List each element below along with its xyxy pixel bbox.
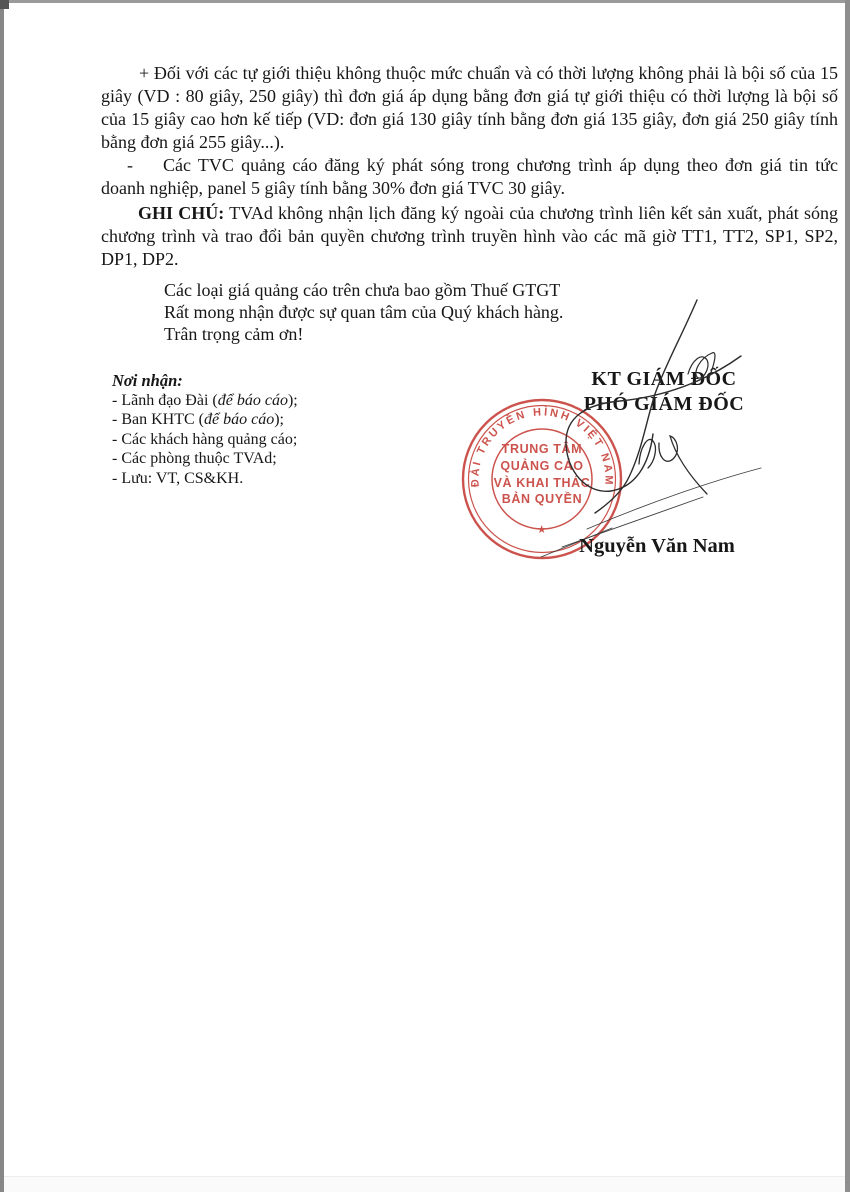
recipient-text-end: ); <box>274 411 284 428</box>
signer-name: Nguyễn Văn Nam <box>547 535 767 558</box>
recipient-item: - Lãnh đạo Đài (để báo cáo); <box>112 391 442 411</box>
recipient-item: - Lưu: VT, CS&KH. <box>112 469 442 489</box>
scanned-document-page: + Đối với các tự giới thiệu không thuộc … <box>0 0 850 1192</box>
signature-entry-stroke <box>595 300 697 513</box>
recipient-note: để báo cáo <box>204 411 274 428</box>
note-label: GHI CHÚ: <box>138 203 224 223</box>
recipient-text: - Lãnh đạo Đài ( <box>112 392 218 409</box>
page-edge-left <box>0 0 4 1192</box>
page-edge-top <box>0 0 850 3</box>
paragraph-tvc-news-rate: -Các TVC quảng cáo đăng ký phát sóng tro… <box>101 154 838 200</box>
signature-flourish-mark <box>688 353 715 380</box>
list-dash: - <box>127 155 133 175</box>
paragraph-self-intro-pricing: + Đối với các tự giới thiệu không thuộc … <box>101 62 838 154</box>
recipient-text: - Lưu: VT, CS&KH. <box>112 470 243 487</box>
paragraph-tvc-news-rate-text: Các TVC quảng cáo đăng ký phát sóng tron… <box>101 155 838 198</box>
recipient-item: - Ban KHTC (để báo cáo); <box>112 410 442 430</box>
recipient-text: - Các khách hàng quảng cáo; <box>112 431 297 448</box>
recipient-item: - Các phòng thuộc TVAd; <box>112 449 442 469</box>
recipient-item: - Các khách hàng quảng cáo; <box>112 430 442 450</box>
page-edge-corner <box>0 0 9 9</box>
recipient-note: để báo cáo <box>218 392 288 409</box>
page-edge-bottom <box>4 1176 845 1192</box>
page-edge-right <box>845 0 850 1192</box>
paragraph-note: GHI CHÚ: TVAd không nhận lịch đăng ký ng… <box>101 202 838 271</box>
signature-small-loops <box>639 436 707 494</box>
signature-loop-stroke <box>566 356 741 491</box>
recipient-text-end: ); <box>288 392 298 409</box>
recipients-heading: Nơi nhận: <box>112 371 442 391</box>
recipient-text: - Ban KHTC ( <box>112 411 204 428</box>
recipients-block: Nơi nhận: - Lãnh đạo Đài (để báo cáo); -… <box>112 371 442 488</box>
recipient-text: - Các phòng thuộc TVAd; <box>112 450 277 467</box>
